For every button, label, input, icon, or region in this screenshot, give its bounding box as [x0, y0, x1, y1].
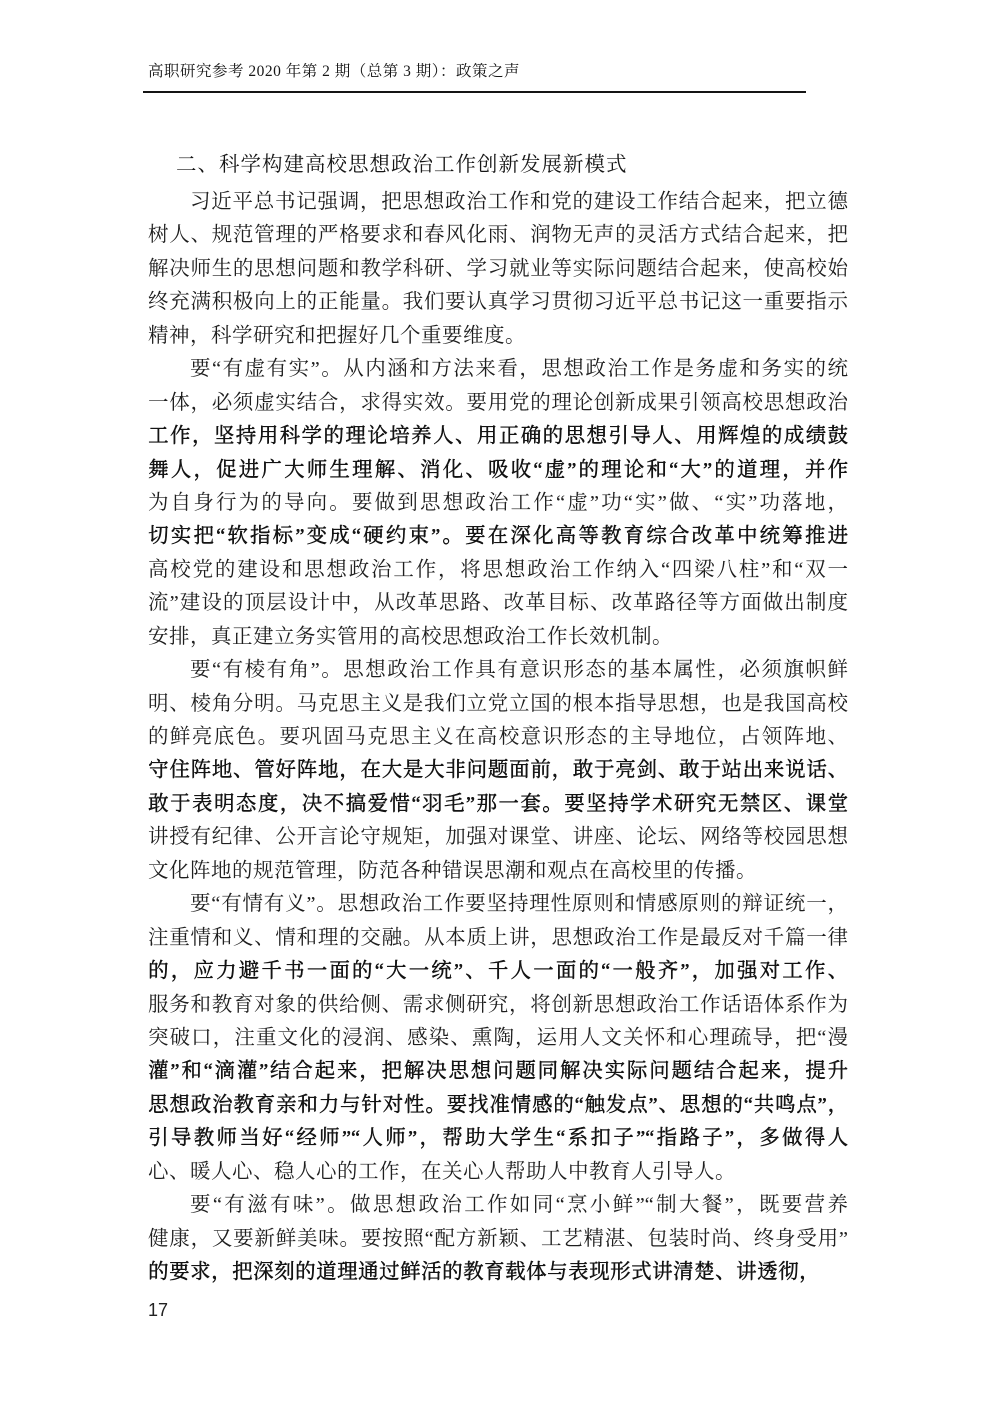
- body-line: 讲授有纪律、公开言论守规矩，加强对课堂、讲座、论坛、网络等校园思想: [148, 821, 848, 854]
- body-line: 要“有棱有角”。思想政治工作具有意识形态的基本属性，必须旗帜鲜: [148, 654, 848, 687]
- body-line: 切实把“软指标”变成“硬约束”。要在深化高等教育综合改革中统筹推进: [148, 520, 848, 553]
- running-header: 高职研究参考 2020 年第 2 期（总第 3 期）：政策之声: [148, 60, 808, 84]
- body-line: 终充满积极向上的正能量。我们要认真学习贯彻习近平总书记这一重要指示: [148, 286, 848, 319]
- body-line: 树人、规范管理的严格要求和春风化雨、润物无声的灵活方式结合起来，把: [148, 219, 848, 252]
- body-line: 高校党的建设和思想政治工作，将思想政治工作纳入“四梁八柱”和“双一: [148, 554, 848, 587]
- body-line: 引导教师当好“经师”“人师”，帮助大学生“系扣子”“指路子”，多做得人: [148, 1122, 848, 1155]
- body-line: 要“有虚有实”。从内涵和方法来看，思想政治工作是务虚和务实的统: [148, 353, 848, 386]
- body-line: 的鲜亮底色。要巩固马克思主义在高校意识形态的主导地位，占领阵地、: [148, 721, 848, 754]
- page-number: 17: [148, 1298, 168, 1322]
- body-line: 思想政治教育亲和力与针对性。要找准情感的“触发点”、思想的“共鸣点”，: [148, 1089, 848, 1122]
- body-line: 注重情和义、情和理的交融。从本质上讲，思想政治工作是最反对千篇一律: [148, 922, 848, 955]
- body-line: 服务和教育对象的供给侧、需求侧研究，将创新思想政治工作话语体系作为: [148, 989, 848, 1022]
- body-line: 一体，必须虚实结合，求得实效。要用党的理论创新成果引领高校思想政治: [148, 387, 848, 420]
- body-line: 的要求，把深刻的道理通过鲜活的教育载体与表现形式讲清楚、讲透彻，: [148, 1256, 848, 1289]
- body-line: 习近平总书记强调，把思想政治工作和党的建设工作结合起来，把立德: [148, 186, 848, 219]
- body-line: 灌”和“滴灌”结合起来，把解决思想问题同解决实际问题结合起来，提升: [148, 1055, 848, 1088]
- body-line: 敢于表明态度，决不搞爱惜“羽毛”那一套。要坚持学术研究无禁区、课堂: [148, 788, 848, 821]
- body-line: 安排，真正建立务实管用的高校思想政治工作长效机制。: [148, 621, 848, 654]
- section-title: 二、科学构建高校思想政治工作创新发展新模式: [176, 149, 856, 182]
- body-line: 文化阵地的规范管理，防范各种错误思潮和观点在高校里的传播。: [148, 855, 848, 888]
- body-line: 要“有情有义”。思想政治工作要坚持理性原则和情感原则的辩证统一，: [148, 888, 848, 921]
- header-rule: [143, 91, 806, 93]
- body-line: 精神，科学研究和把握好几个重要维度。: [148, 320, 848, 353]
- body-line: 解决师生的思想问题和教学科研、学习就业等实际问题结合起来，使高校始: [148, 253, 848, 286]
- body-line: 为自身行为的导向。要做到思想政治工作“虚”功“实”做、“实”功落地，: [148, 487, 848, 520]
- body-line: 守住阵地、管好阵地，在大是大非问题面前，敢于亮剑、敢于站出来说话、: [148, 754, 848, 787]
- body-line: 心、暖人心、稳人心的工作，在关心人帮助人中教育人引导人。: [148, 1156, 848, 1189]
- document-page: 高职研究参考 2020 年第 2 期（总第 3 期）：政策之声 二、科学构建高校…: [0, 0, 1000, 1414]
- body-line: 的，应力避千书一面的“大一统”、千人一面的“一般齐”，加强对工作、: [148, 955, 848, 988]
- body-line: 流”建设的顶层设计中，从改革思路、改革目标、改革路径等方面做出制度: [148, 587, 848, 620]
- body-line: 要“有滋有味”。做思想政治工作如同“烹小鲜”“制大餐”，既要营养: [148, 1189, 848, 1222]
- body-line: 明、棱角分明。马克思主义是我们立党立国的根本指导思想，也是我国高校: [148, 688, 848, 721]
- body-line: 健康，又要新鲜美味。要按照“配方新颖、工艺精湛、包装时尚、终身受用”: [148, 1223, 848, 1256]
- body-line: 工作，坚持用科学的理论培养人、用正确的思想引导人、用辉煌的成绩鼓: [148, 420, 848, 453]
- body-text: 习近平总书记强调，把思想政治工作和党的建设工作结合起来，把立德树人、规范管理的严…: [148, 186, 848, 1289]
- body-line: 突破口，注重文化的浸润、感染、熏陶，运用人文关怀和心理疏导，把“漫: [148, 1022, 848, 1055]
- body-line: 舞人，促进广大师生理解、消化、吸收“虚”的理论和“大”的道理，并作: [148, 454, 848, 487]
